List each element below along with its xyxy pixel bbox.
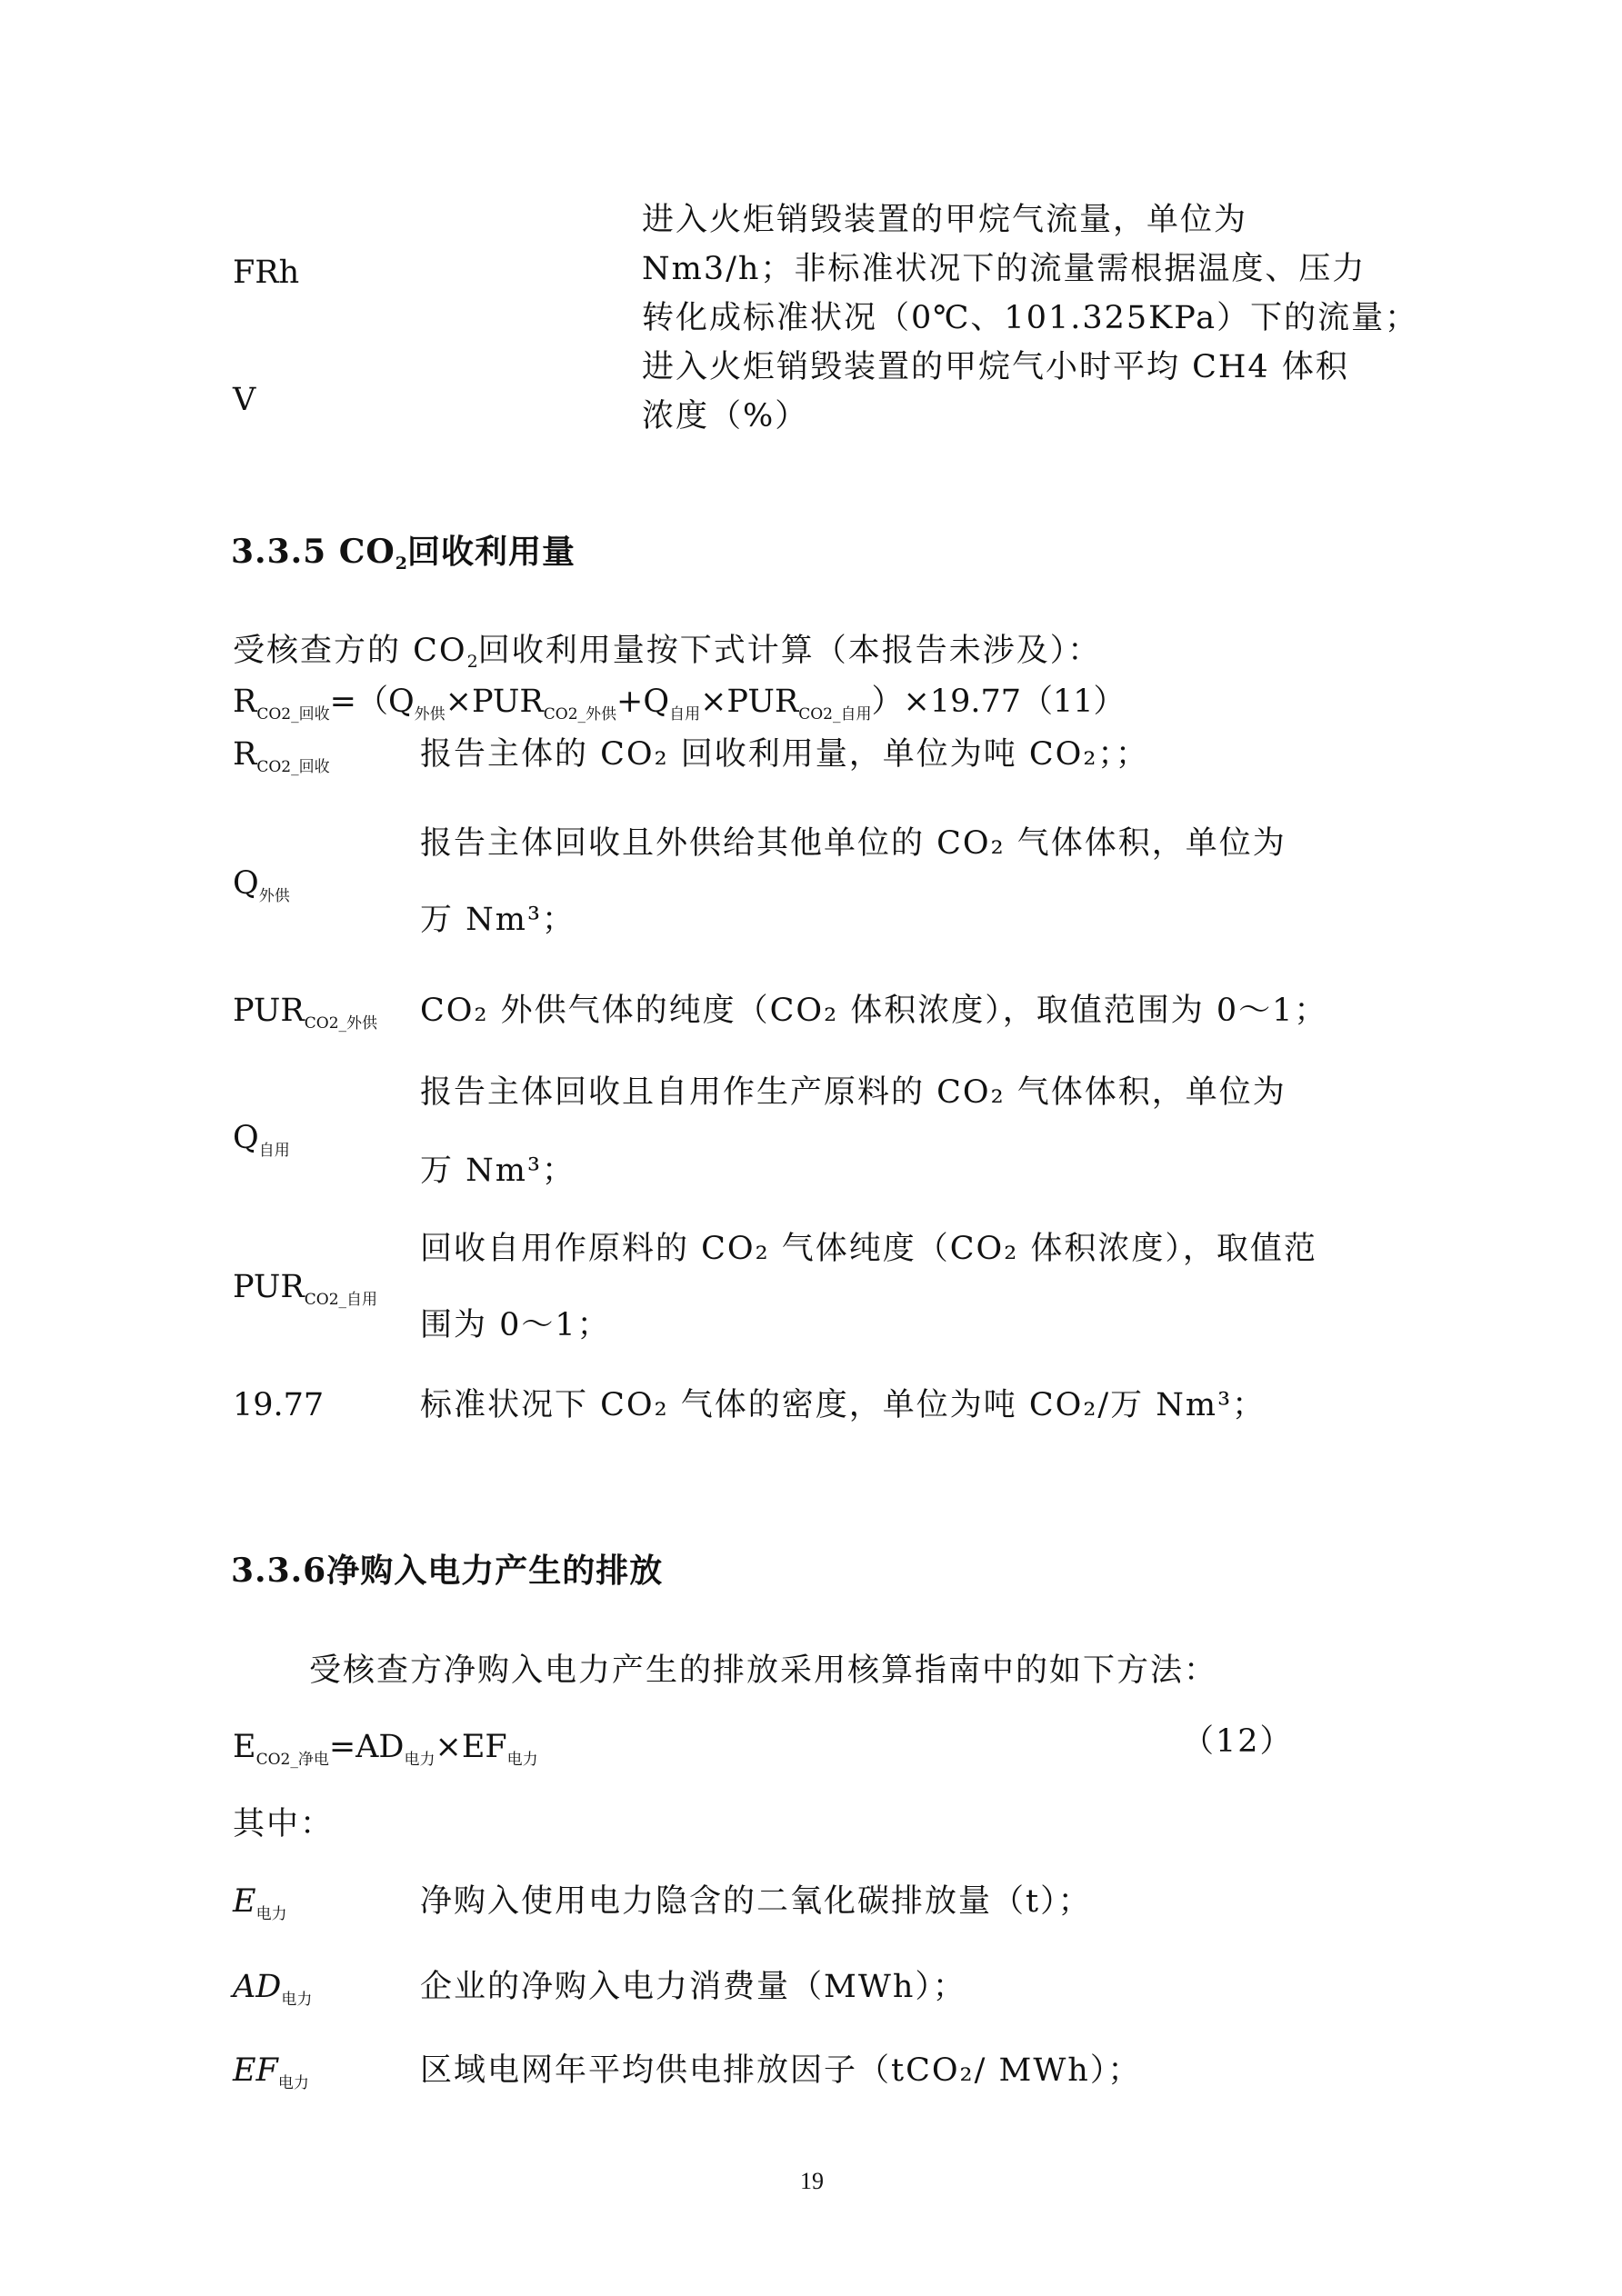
- definition-v-line-1: 进入火炬销毁装置的甲烷气小时平均 CH4 体积: [642, 347, 1349, 387]
- definition-r-co2-recovery: 报告主体的 CO₂ 回收利用量，单位为吨 CO₂；；: [420, 734, 1149, 774]
- section-number: 3.3.6: [231, 1552, 326, 1590]
- symbol-r-co2-recovery: RCO2_回收: [233, 734, 330, 787]
- symbol-ad-electricity: AD电力: [233, 1967, 312, 2020]
- definition-co2-density: 标准状况下 CO₂ 气体的密度，单位为吨 CO₂/万 Nm³；: [420, 1385, 1266, 1425]
- definition-q-self-use-line-1: 报告主体回收且自用作生产原料的 CO₂ 气体体积，单位为: [420, 1073, 1287, 1113]
- symbol-pur-self-use: PURCO2_自用: [233, 1267, 377, 1320]
- definition-pur-self-use-line-1: 回收自用作原料的 CO₂ 气体纯度（CO₂ 体积浓度），取值范: [420, 1229, 1317, 1269]
- definition-ef-electricity: 区域电网年平均供电排放因子（tCO₂/ MWh）；: [420, 2051, 1141, 2091]
- definition-q-self-use-line-2: 万 Nm³；: [420, 1151, 576, 1191]
- definition-ad-electricity: 企业的净购入电力消费量（MWh）；: [420, 1967, 966, 2007]
- section-title: 净购入电力产生的排放: [326, 1552, 663, 1590]
- definition-frh-line-1: 进入火炬销毁装置的甲烷气流量，单位为: [642, 200, 1247, 240]
- section-number: 3.3.5: [231, 533, 326, 571]
- section-heading-3-3-6: 3.3.6净购入电力产生的排放: [231, 1551, 663, 1591]
- definition-q-external-line-2: 万 Nm³；: [420, 900, 576, 940]
- formula-12-number: （12）: [1182, 1722, 1294, 1762]
- definition-pur-external: CO₂ 外供气体的纯度（CO₂ 体积浓度），取值范围为 0～1；: [420, 991, 1327, 1031]
- page-number: 19: [800, 2168, 824, 2195]
- symbol-v: V: [233, 380, 255, 420]
- symbol-e-electricity: E电力: [233, 1882, 287, 1934]
- definition-frh-line-3: 转化成标准状况（0℃、101.325KPa）下的流量；: [642, 298, 1418, 338]
- symbol-q-external: Q外供: [233, 863, 290, 916]
- symbol-frh: FRh: [233, 253, 299, 293]
- section-336-intro: 受核查方净购入电力产生的排放采用核算指南中的如下方法：: [309, 1651, 1217, 1691]
- definition-v-line-2: 浓度（%）: [642, 396, 808, 436]
- symbol-ef-electricity: EF电力: [233, 2051, 309, 2103]
- definition-e-electricity: 净购入使用电力隐含的二氧化碳排放量（t）；: [420, 1882, 1092, 1922]
- definition-q-external-line-1: 报告主体回收且外供给其他单位的 CO₂ 气体体积，单位为: [420, 824, 1287, 863]
- formula-11: RCO2_回收=（Q外供×PURCO2_外供+Q自用×PURCO2_自用）×19…: [233, 682, 1126, 734]
- section-title: CO2回收利用量: [339, 533, 576, 571]
- symbol-pur-external: PURCO2_外供: [233, 991, 377, 1043]
- formula-12: ECO2_净电=AD电力×EF电力: [233, 1727, 538, 1780]
- definition-pur-self-use-line-2: 围为 0～1；: [420, 1305, 611, 1345]
- definition-frh-line-2: Nm3/h；非标准状况下的流量需根据温度、压力: [642, 249, 1366, 289]
- symbol-q-self-use: Q自用: [233, 1118, 290, 1171]
- symbol-co2-density: 19.77: [233, 1385, 324, 1425]
- section-335-intro: 受核查方的 CO2回收利用量按下式计算（本报告未涉及）：: [233, 631, 1101, 682]
- section-heading-3-3-5: 3.3.5 CO2回收利用量: [231, 532, 576, 584]
- where-label: 其中：: [233, 1804, 334, 1844]
